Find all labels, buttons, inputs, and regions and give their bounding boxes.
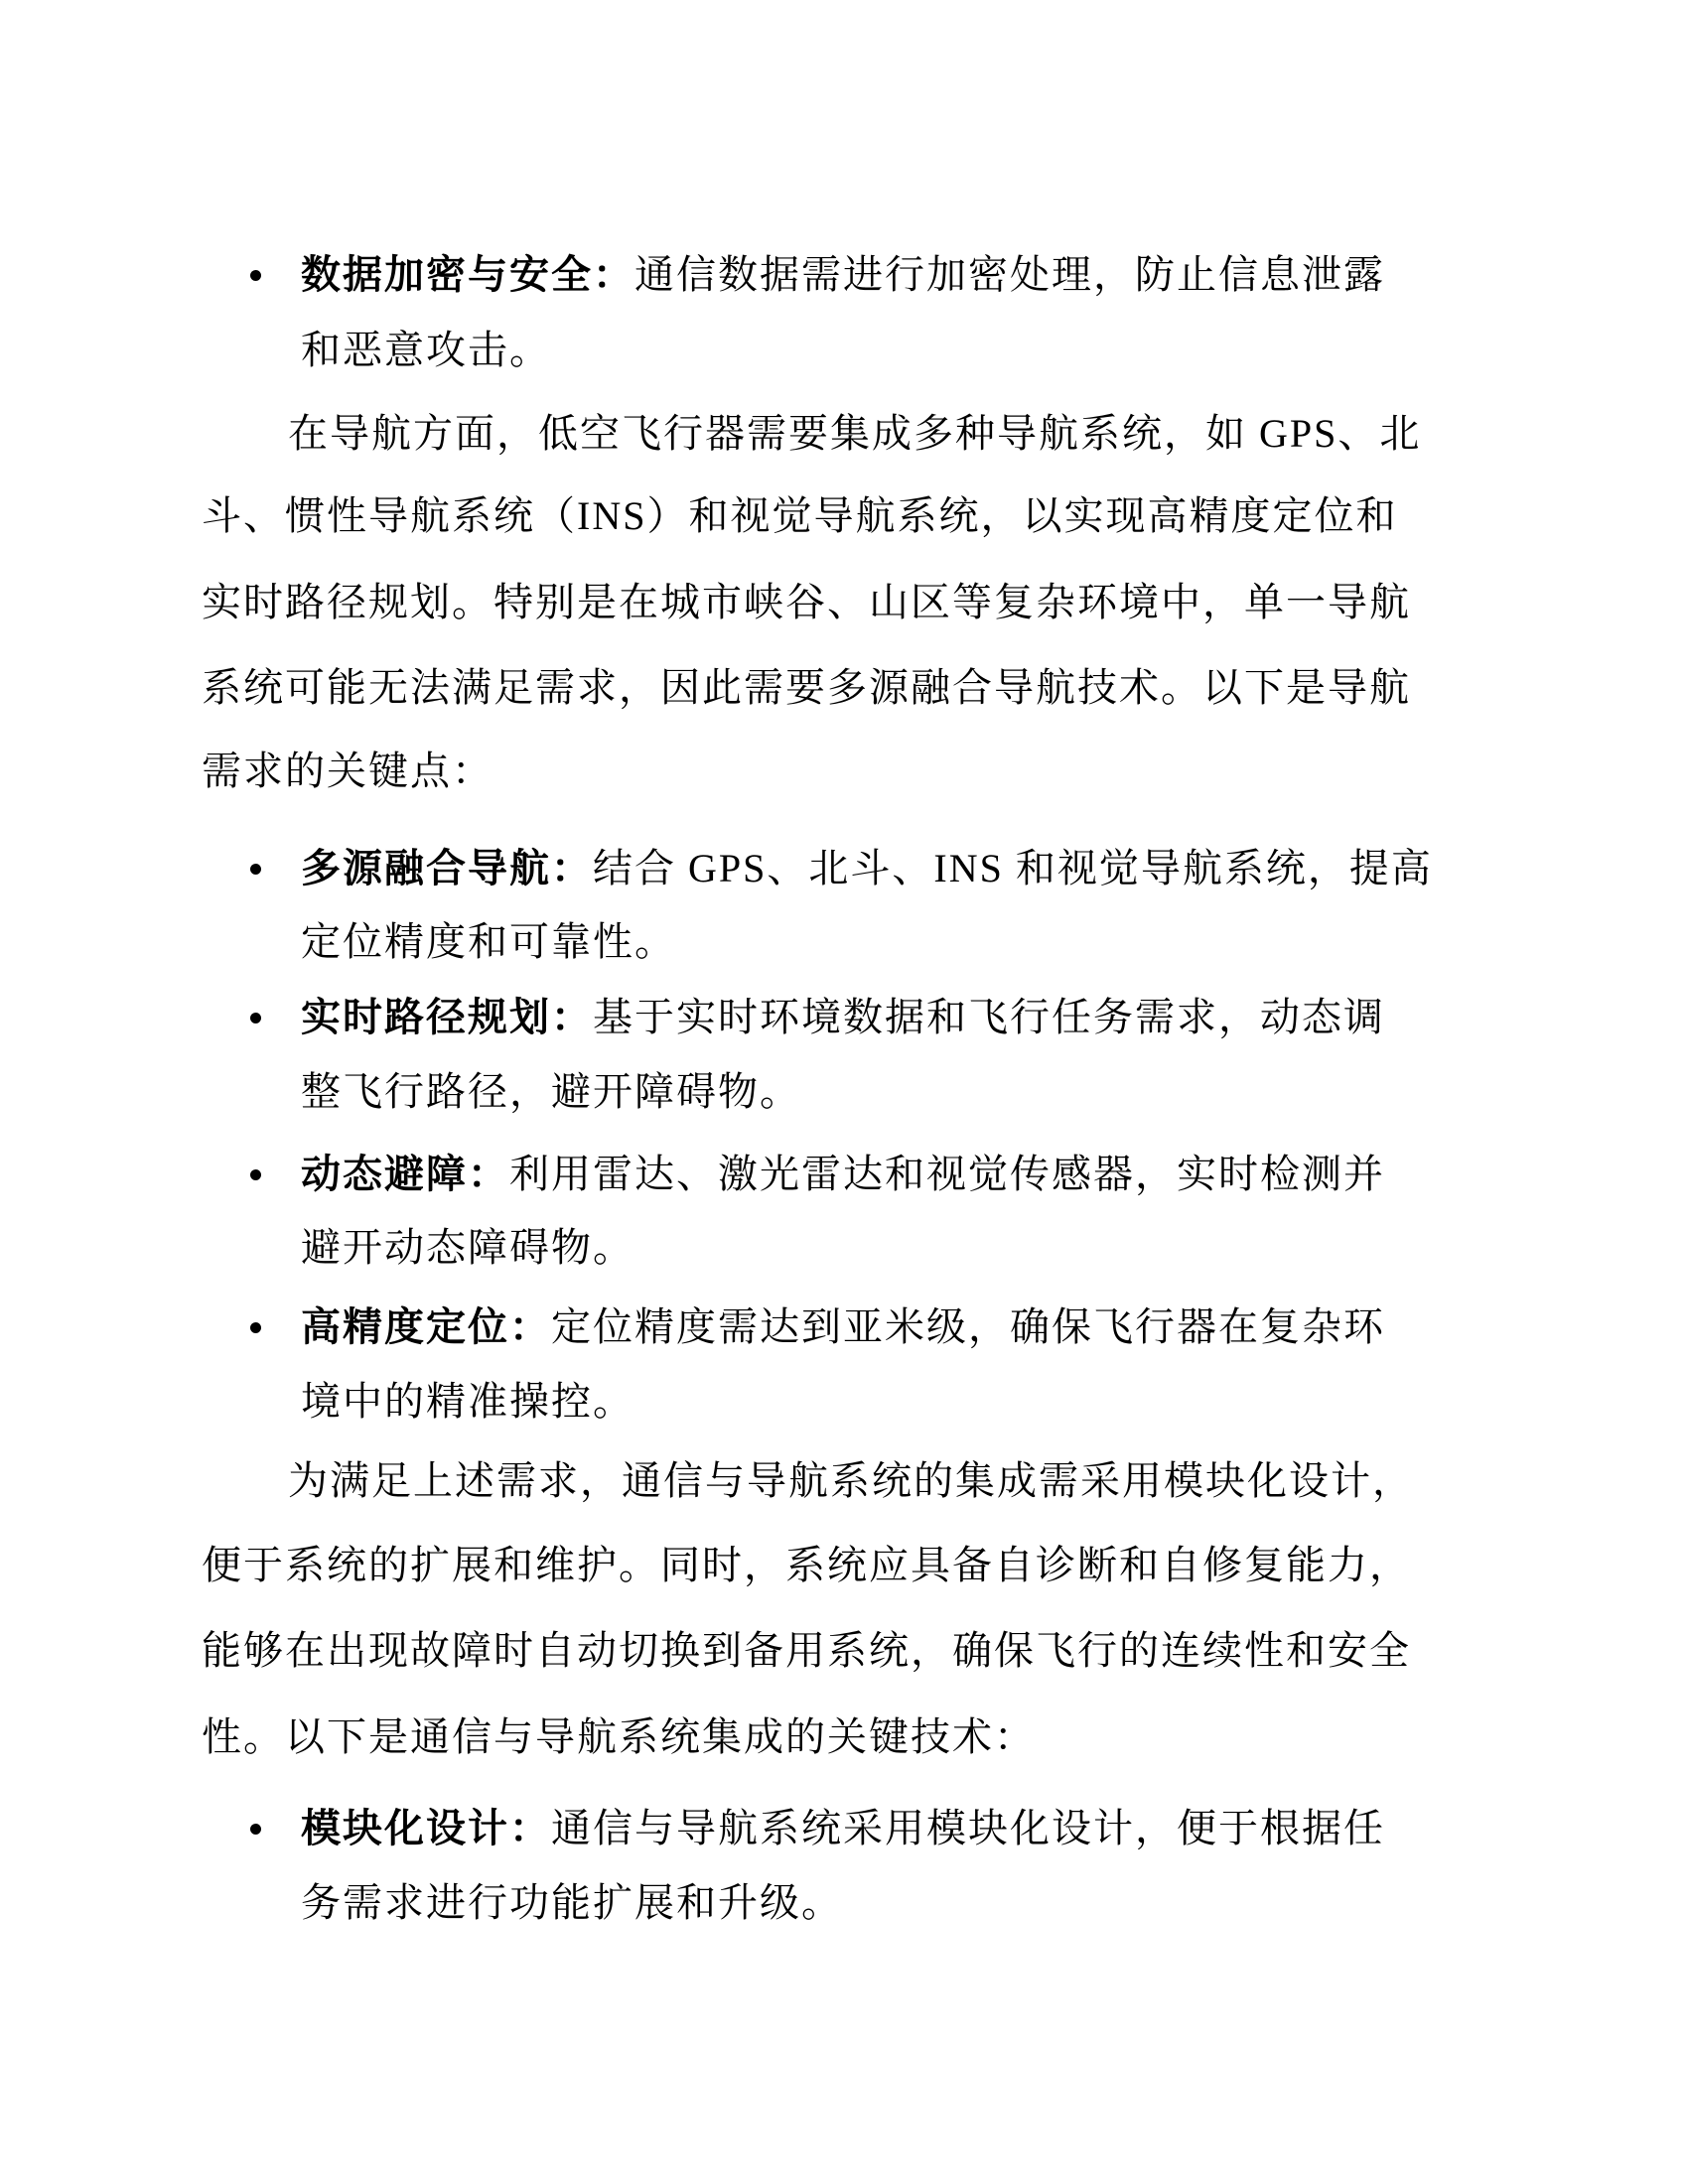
bullet-text: 基于实时环境数据和飞行任务需求，动态调 <box>593 995 1385 1039</box>
bullet-item-line: 定位精度和可靠性。 <box>301 918 676 966</box>
bullet-term: 模块化设计： <box>301 1806 551 1850</box>
paragraph-text: 实时路径规划。特别是在城市峡谷、山区等复杂环境中，单一导航 <box>202 580 1411 624</box>
bullet-term: 动态避障： <box>301 1152 509 1196</box>
bullet-icon <box>250 1322 261 1333</box>
bullet-item-line: 模块化设计：通信与导航系统采用模块化设计，便于根据任 <box>301 1805 1385 1852</box>
bullet-icon <box>250 270 261 281</box>
paragraph-text: 便于系统的扩展和维护。同时，系统应具备自诊断和自修复能力， <box>202 1543 1411 1587</box>
bullet-item-line: 多源融合导航：结合 GPS、北斗、INS 和视觉导航系统，提高 <box>301 845 1433 892</box>
bullet-item-line: 和恶意攻击。 <box>301 327 551 374</box>
paragraph-line: 性。以下是通信与导航系统集成的关键技术： <box>202 1713 1036 1761</box>
bullet-term: 实时路径规划： <box>301 995 593 1039</box>
paragraph-text: 需求的关键点： <box>202 749 493 793</box>
bullet-icon <box>250 1824 261 1835</box>
bullet-item-line: 实时路径规划：基于实时环境数据和飞行任务需求，动态调 <box>301 994 1385 1041</box>
paragraph-text: 为满足上述需求，通信与导航系统的集成需采用模块化设计， <box>288 1458 1414 1503</box>
bullet-text: 结合 GPS、北斗、INS 和视觉导航系统，提高 <box>593 846 1433 890</box>
paragraph-line: 需求的关键点： <box>202 748 493 795</box>
bullet-text: 通信与导航系统采用模块化设计，便于根据任 <box>551 1806 1385 1850</box>
bullet-term: 高精度定位： <box>301 1304 551 1349</box>
paragraph-line: 实时路径规划。特别是在城市峡谷、山区等复杂环境中，单一导航 <box>202 579 1411 626</box>
bullet-text: 利用雷达、激光雷达和视觉传感器，实时检测并 <box>509 1152 1385 1196</box>
paragraph-line: 系统可能无法满足需求，因此需要多源融合导航技术。以下是导航 <box>202 664 1411 712</box>
paragraph-text: 能够在出现故障时自动切换到备用系统，确保飞行的连续性和安全 <box>202 1628 1411 1673</box>
bullet-item-line: 动态避障：利用雷达、激光雷达和视觉传感器，实时检测并 <box>301 1151 1385 1198</box>
paragraph-line: 能够在出现故障时自动切换到备用系统，确保飞行的连续性和安全 <box>202 1627 1411 1675</box>
paragraph-text: 性。以下是通信与导航系统集成的关键技术： <box>202 1714 1036 1759</box>
bullet-item-line: 数据加密与安全：通信数据需进行加密处理，防止信息泄露 <box>301 251 1385 299</box>
bullet-icon <box>250 1169 261 1180</box>
bullet-text: 和恶意攻击。 <box>301 328 551 372</box>
bullet-text: 定位精度需达到亚米级，确保飞行器在复杂环 <box>551 1304 1385 1349</box>
bullet-icon <box>250 1013 261 1024</box>
bullet-item-line: 高精度定位：定位精度需达到亚米级，确保飞行器在复杂环 <box>301 1303 1385 1351</box>
bullet-term: 数据加密与安全： <box>301 252 634 297</box>
bullet-item-line: 务需求进行功能扩展和升级。 <box>301 1879 843 1927</box>
paragraph-line: 斗、惯性导航系统（INS）和视觉导航系统，以实现高精度定位和 <box>202 492 1397 540</box>
bullet-term: 多源融合导航： <box>301 846 593 890</box>
bullet-item-line: 境中的精准操控。 <box>301 1378 634 1426</box>
paragraph-text: 斗、惯性导航系统（INS）和视觉导航系统，以实现高精度定位和 <box>202 493 1397 538</box>
bullet-item-line: 避开动态障碍物。 <box>301 1224 634 1272</box>
bullet-text: 避开动态障碍物。 <box>301 1225 634 1270</box>
paragraph-text: 系统可能无法满足需求，因此需要多源融合导航技术。以下是导航 <box>202 665 1411 710</box>
bullet-text: 通信数据需进行加密处理，防止信息泄露 <box>634 252 1385 297</box>
bullet-text: 务需求进行功能扩展和升级。 <box>301 1880 843 1925</box>
bullet-icon <box>250 864 261 875</box>
paragraph-line: 便于系统的扩展和维护。同时，系统应具备自诊断和自修复能力， <box>202 1542 1411 1589</box>
paragraph-line: 在导航方面，低空飞行器需要集成多种导航系统，如 GPS、北 <box>288 410 1421 458</box>
paragraph-line: 为满足上述需求，通信与导航系统的集成需采用模块化设计， <box>288 1457 1414 1505</box>
bullet-text: 境中的精准操控。 <box>301 1379 634 1424</box>
paragraph-text: 在导航方面，低空飞行器需要集成多种导航系统，如 GPS、北 <box>288 411 1421 456</box>
bullet-text: 定位精度和可靠性。 <box>301 919 676 964</box>
bullet-text: 整飞行路径，避开障碍物。 <box>301 1069 801 1114</box>
bullet-item-line: 整飞行路径，避开障碍物。 <box>301 1068 801 1116</box>
